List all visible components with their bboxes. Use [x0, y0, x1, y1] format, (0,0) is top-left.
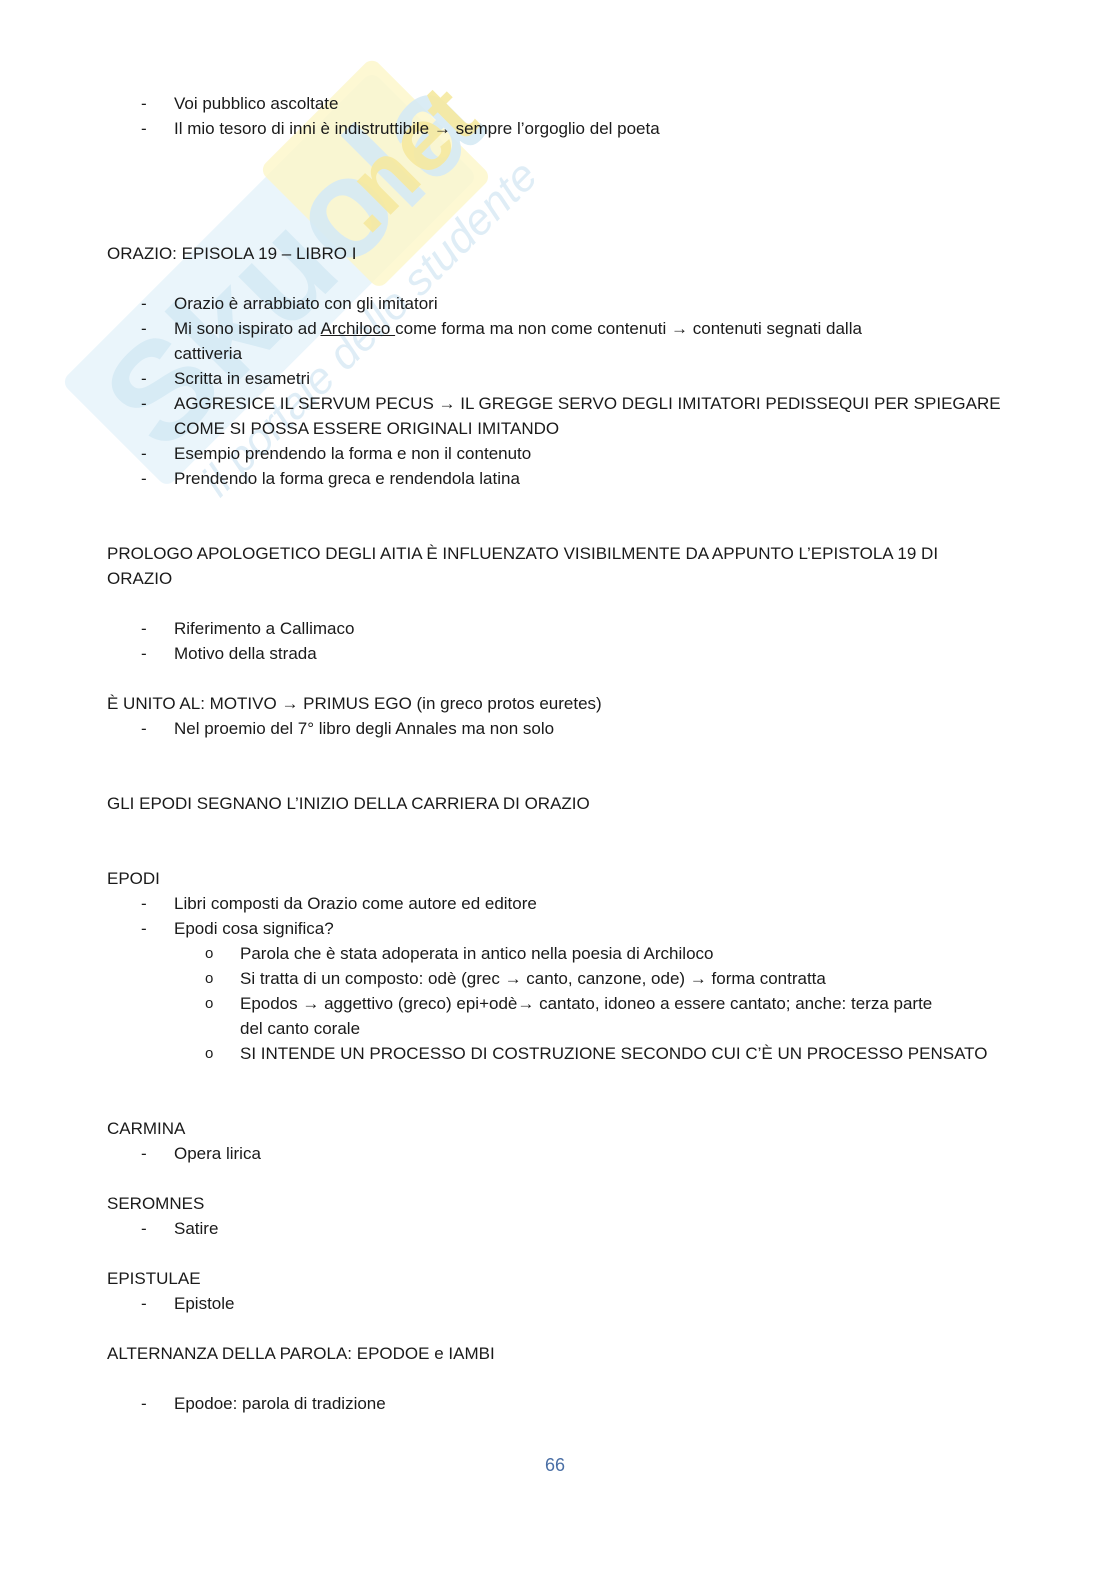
list-item: Epistole — [174, 1291, 234, 1316]
bullet-dash: - — [141, 466, 147, 491]
list-item: Nel proemio del 7° libro degli Annales m… — [174, 716, 554, 741]
section-heading-seromnes: SEROMNES — [107, 1191, 204, 1216]
sub-list-item-continuation: del canto corale — [240, 1016, 360, 1041]
list-item: Voi pubblico ascoltate — [174, 91, 338, 116]
bullet-circle: o — [205, 941, 213, 966]
bullet-dash: - — [141, 316, 147, 341]
bullet-dash: - — [141, 616, 147, 641]
page-number: 66 — [0, 1455, 1110, 1476]
bullet-dash: - — [141, 891, 147, 916]
sub-list-item: SI INTENDE UN PROCESSO DI COSTRUZIONE SE… — [240, 1041, 987, 1066]
section-heading-orazio: ORAZIO: EPISOLA 19 – LIBRO I — [107, 241, 356, 266]
list-item: Scritta in esametri — [174, 366, 310, 391]
list-item: Epodi cosa significa? — [174, 916, 334, 941]
list-item: Esempio prendendo la forma e non il cont… — [174, 441, 531, 466]
bullet-dash: - — [141, 1291, 147, 1316]
bullet-dash: - — [141, 291, 147, 316]
bullet-dash: - — [141, 366, 147, 391]
bullet-circle: o — [205, 991, 213, 1016]
section-heading-epistulae: EPISTULAE — [107, 1266, 201, 1291]
bullet-dash: - — [141, 1216, 147, 1241]
bullet-dash: - — [141, 441, 147, 466]
sub-list-item: Parola che è stata adoperata in antico n… — [240, 941, 713, 966]
bullet-dash: - — [141, 391, 147, 416]
list-item: Epodoe: parola di tradizione — [174, 1391, 386, 1416]
bullet-circle: o — [205, 966, 213, 991]
list-item: Riferimento a Callimaco — [174, 616, 354, 641]
section-heading-epodi-intro: GLI EPODI SEGNANO L’INIZIO DELLA CARRIER… — [107, 791, 590, 816]
sub-list-item: Si tratta di un composto: odè (grec → ca… — [240, 966, 826, 991]
section-heading-epodi: EPODI — [107, 866, 160, 891]
list-item: AGGRESICE IL SERVUM PECUS → IL GREGGE SE… — [174, 391, 1001, 416]
list-item: Mi sono ispirato ad Archiloco come forma… — [174, 316, 862, 341]
section-heading-carmina: CARMINA — [107, 1116, 185, 1141]
section-heading-alternanza: ALTERNANZA DELLA PAROLA: EPODOE e IAMBI — [107, 1341, 495, 1366]
section-heading-unito: È UNITO AL: MOTIVO → PRIMUS EGO (in grec… — [107, 691, 602, 716]
bullet-dash: - — [141, 641, 147, 666]
sub-list-item: Epodos → aggettivo (greco) epi+odè→ cant… — [240, 991, 932, 1016]
bullet-dash: - — [141, 916, 147, 941]
list-item-continuation: COME SI POSSA ESSERE ORIGINALI IMITANDO — [174, 416, 559, 441]
list-item: Opera lirica — [174, 1141, 261, 1166]
bullet-dash: - — [141, 1391, 147, 1416]
bullet-circle: o — [205, 1041, 213, 1066]
bullet-dash: - — [141, 716, 147, 741]
list-item: Satire — [174, 1216, 218, 1241]
bullet-dash: - — [141, 1141, 147, 1166]
list-item: Il mio tesoro di inni è indistruttibile … — [174, 116, 660, 141]
list-item-continuation: cattiveria — [174, 341, 242, 366]
list-item: Orazio è arrabbiato con gli imitatori — [174, 291, 438, 316]
list-item: Motivo della strada — [174, 641, 317, 666]
list-item: Libri composti da Orazio come autore ed … — [174, 891, 537, 916]
underlined-term-archiloco: Archiloco — [320, 319, 395, 338]
document-page: - Voi pubblico ascoltate - Il mio tesoro… — [0, 0, 1116, 1579]
bullet-dash: - — [141, 91, 147, 116]
list-item-text: come forma ma non come contenuti → conte… — [395, 319, 862, 338]
section-heading-prologo-continuation: ORAZIO — [107, 566, 172, 591]
list-item: Prendendo la forma greca e rendendola la… — [174, 466, 520, 491]
list-item-text: Mi sono ispirato ad — [174, 319, 320, 338]
bullet-dash: - — [141, 116, 147, 141]
section-heading-prologo: PROLOGO APOLOGETICO DEGLI AITIA È INFLUE… — [107, 541, 938, 566]
